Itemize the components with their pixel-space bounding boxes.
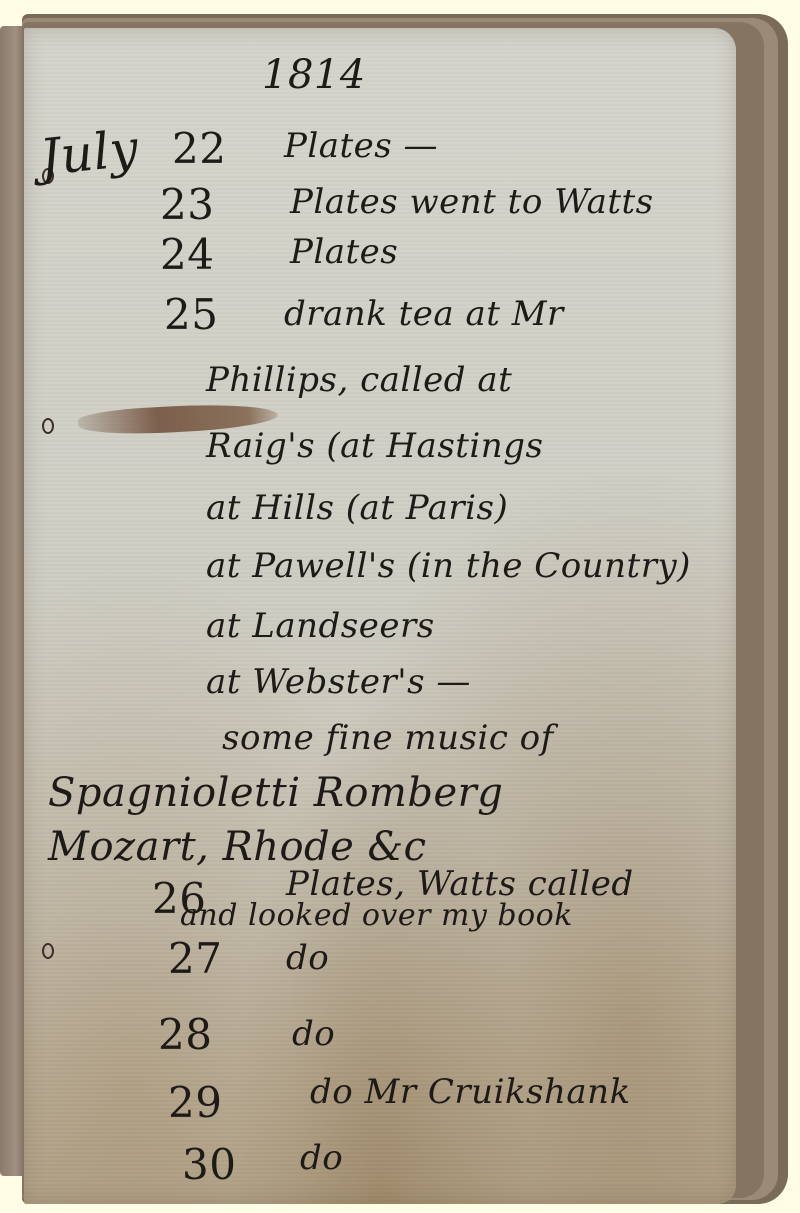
entry-line: at Pawell's (in the Country) [206,546,691,586]
entry-day: 25 [164,290,218,339]
entry-day: 30 [182,1140,236,1189]
diary-book: 1814 July 22 Plates — 23 Plates went to … [0,14,790,1204]
entry-line: do [286,938,329,978]
entry-day: 27 [168,934,222,983]
entry-line: do [300,1138,343,1178]
entry-line: drank tea at Mr [284,294,564,334]
entry-line: at Webster's — [206,662,471,702]
entry-line: Plates — [284,126,438,166]
page-year: 1814 [262,52,366,98]
entry-line: Raig's (at Hastings [206,426,543,466]
entry-month: July [37,119,141,187]
entry-line: at Landseers [206,606,435,646]
entry-line: Plates [290,232,398,272]
entry-day: 22 [172,124,226,173]
entry-line: some fine music of [222,718,554,758]
entry-day: 29 [168,1078,222,1127]
binding-stitch-icon [42,943,54,959]
entry-line: and looked over my book [180,898,573,933]
entry-line: do Mr Cruikshank [310,1072,631,1112]
entry-line: Phillips, called at [206,360,512,400]
entry-line: Plates went to Watts [290,182,654,222]
entry-line: Spagnioletti Romberg [48,770,503,816]
entry-line: at Hills (at Paris) [206,488,508,528]
binding-stitch-icon [42,418,54,434]
entry-day: 24 [160,230,214,279]
entry-line: do [292,1014,335,1054]
entry-day: 28 [158,1010,212,1059]
entry-day: 23 [160,180,214,229]
